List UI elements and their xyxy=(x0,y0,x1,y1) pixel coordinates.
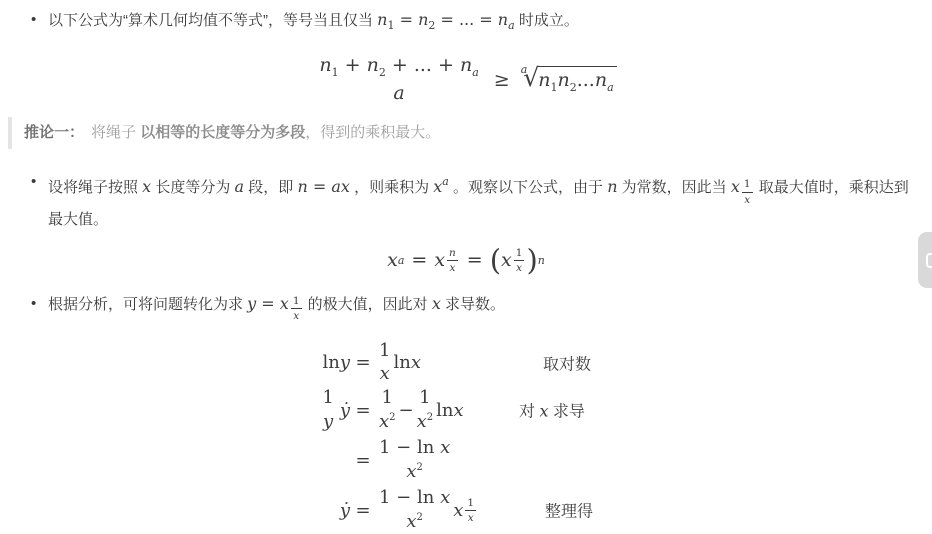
derivation-row-result: ẏ = 1 − ln xx2 x1x 整理得 xyxy=(316,485,616,534)
inline-math-x: x xyxy=(432,294,441,313)
annotation-take-log: 取对数 xyxy=(543,351,591,374)
bullet2-text-5: 。观察以下公式，由于 xyxy=(449,179,607,196)
annotation-differentiate: 对 x 求导 xyxy=(519,399,585,422)
bullet2-text-6: 为常数，因此当 xyxy=(618,179,731,196)
bullet2-text-4: ，则乘积为 xyxy=(350,179,433,196)
geq-relation: ≥ xyxy=(494,69,510,91)
bullet3-text-2: 的极大值，因此对 xyxy=(304,296,432,313)
inline-math-a: a xyxy=(235,177,245,196)
bullet1-text-post: 时成立。 xyxy=(515,12,579,29)
bullet2-text-3: 段，即 xyxy=(244,179,297,196)
bullet-list: 设将绳子按照 x 长度等分为 a 段，即 n = ax ，则乘积为 xa 。观察… xyxy=(0,168,932,232)
nth-root: a√n1n2...na xyxy=(521,66,617,94)
formula-x-power-identity: xa=xnx=(x1x)n xyxy=(0,246,932,275)
bullet-item-equal-segments: 设将绳子按照 x 长度等分为 a 段，即 n = ax ，则乘积为 xa 。观察… xyxy=(48,168,918,232)
corollary-label: 推论一： xyxy=(24,124,84,141)
derivation-row-differentiate: 1yẏ = 1x2 − 1x2 ln x 对 x 求导 xyxy=(316,385,616,435)
bullet-list: 以下公式为“算术几何均值不等式”，等号当且仅当 n1 = n2 = ... = … xyxy=(0,6,932,39)
inline-math-x: x xyxy=(142,177,151,196)
corollary-callout: 推论一：将绳子 以相等的长度等分为多段，得到的乘积最大。 xyxy=(8,117,932,149)
bullet-item-agm-statement: 以下公式为“算术几何均值不等式”，等号当且仅当 n1 = n2 = ... = … xyxy=(48,6,918,39)
derivation-block: ln y = 1x ln x 取对数 1yẏ = 1x2 − 1x2 ln x … xyxy=(316,341,616,534)
bullet2-text-2: 长度等分为 xyxy=(151,179,234,196)
inline-math-x-pow-a: xa xyxy=(433,177,449,196)
bullet-item-maximize-y: 根据分析，可将问题转化为求 y = x1x 的极大值，因此对 x 求导数。 xyxy=(48,290,918,322)
inline-math-n: n xyxy=(607,177,617,196)
solution-document: 以下公式为“算术几何均值不等式”，等号当且仅当 n1 = n2 = ... = … xyxy=(0,0,932,534)
bullet3-text-1: 根据分析，可将问题转化为求 xyxy=(48,296,247,313)
bullet3-text-3: 求导数。 xyxy=(441,296,505,313)
derivation-row-simplified-fraction: = 1 − ln xx2 xyxy=(316,435,616,485)
corollary-text-2: ，得到的乘积最大。 xyxy=(305,124,440,141)
inline-math-n-sequence: n1 = n2 = ... = na xyxy=(377,10,515,29)
left-paren: ( xyxy=(490,246,501,275)
annotation-rearrange: 整理得 xyxy=(545,499,593,522)
right-paren: ) xyxy=(526,246,537,275)
formula-agm-inequality: n1 + n2 + ... + na a ≥ a√n1n2...na xyxy=(0,55,932,104)
side-panel-toggle-button[interactable] xyxy=(918,232,932,288)
corollary-bold-text: 以相等的长度等分为多段 xyxy=(140,124,305,141)
bullet2-text-1: 设将绳子按照 xyxy=(48,179,142,196)
bullet1-text-pre: 以下公式为“算术几何均值不等式”，等号当且仅当 xyxy=(48,12,377,29)
bullet-list: 根据分析，可将问题转化为求 y = x1x 的极大值，因此对 x 求导数。 xyxy=(0,290,932,322)
fraction-sum-over-a: n1 + n2 + ... + na a xyxy=(315,55,482,104)
inline-math-x-pow-1-over-x: x1x xyxy=(731,177,755,196)
inline-math-n-eq-ax: n = ax xyxy=(297,177,349,196)
inline-math-y-eq-x-pow-1-over-x: y = x1x xyxy=(247,294,303,313)
derivation-row-take-log: ln y = 1x ln x 取对数 xyxy=(316,341,616,385)
corollary-text-1: 将绳子 xyxy=(91,124,140,141)
panel-icon xyxy=(926,253,932,268)
